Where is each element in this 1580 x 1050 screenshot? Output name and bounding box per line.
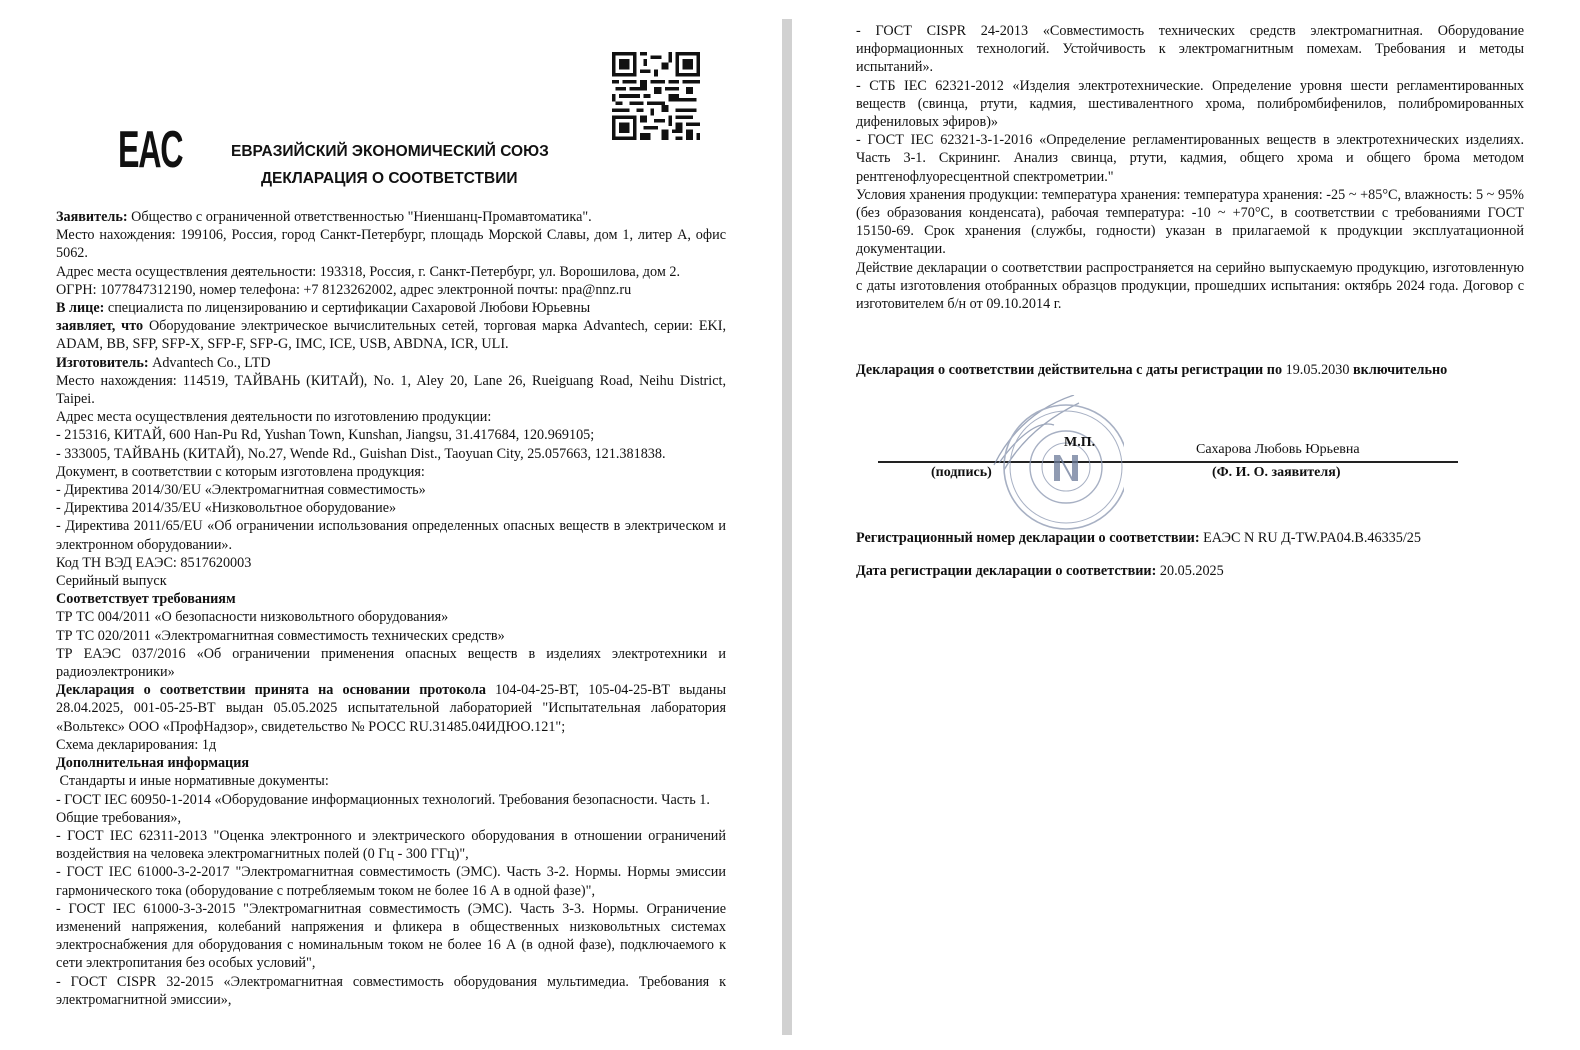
production-address-title: Адрес места осуществления деятельности п…	[56, 408, 726, 426]
documents-title: Документ, в соответствии с которым изгот…	[56, 463, 726, 481]
requirement-item: ТР ЕАЭС 037/2016 «Об ограничении примене…	[56, 645, 726, 681]
qr-code-icon	[612, 52, 700, 140]
standard-item: - ГОСТ IEC 62311-2013 "Оценка электронно…	[56, 827, 726, 863]
page-divider	[782, 19, 792, 1035]
document-item: - Директива 2014/30/EU «Электромагнитная…	[56, 481, 726, 499]
standard-item: - ГОСТ CISPR 32-2015 «Электромагнитная с…	[56, 973, 726, 1009]
production-address: - 215316, КИТАЙ, 600 Han-Pu Rd, Yushan T…	[56, 426, 726, 444]
standard-item: - СТБ IEC 62321-2012 «Изделия электротех…	[856, 77, 1524, 132]
standard-item: - ГОСТ IEC 62321-3-1-2016 «Определение р…	[856, 131, 1524, 186]
signature-line	[878, 461, 1458, 463]
registration-date: Дата регистрации декларации о соответств…	[856, 562, 1524, 580]
declaration-scope: Действие декларации о соответствии распр…	[856, 259, 1524, 314]
additional-info-title: Дополнительная информация	[56, 754, 726, 772]
declaration-page-1: EAC ЕВРАЗИЙСКИЙ ЭКОНОМИЧЕСКИЙ СОЮЗ ДЕКЛА…	[56, 0, 726, 1009]
requirements-title: Соответствует требованиям	[56, 590, 726, 608]
activity-address: Адрес места осуществления деятельности: …	[56, 263, 726, 281]
registration-number: Регистрационный номер декларации о соотв…	[856, 529, 1524, 547]
applicant: Заявитель: Общество с ограниченной ответ…	[56, 208, 726, 226]
storage-conditions: Условия хранения продукции: температура …	[856, 186, 1524, 259]
product-description: заявляет, что Оборудование электрическое…	[56, 317, 726, 353]
standard-item: - ГОСТ IEC 61000-3-2-2017 "Электромагнит…	[56, 863, 726, 899]
declaration-page-2: - ГОСТ CISPR 24-2013 «Совместимость техн…	[856, 22, 1524, 580]
document-title: ДЕКЛАРАЦИЯ О СООТВЕТСТВИИ	[261, 170, 518, 188]
hs-code: Код ТН ВЭД ЕАЭС: 8517620003	[56, 554, 726, 572]
declaration-basis: Декларация о соответствии принята на осн…	[56, 681, 726, 736]
signer-caption: (Ф. И. О. заявителя)	[1212, 465, 1340, 481]
signature-caption: (подпись)	[931, 465, 992, 481]
manufacturer: Изготовитель: Advantech Co., LTD	[56, 354, 726, 372]
applicant-location: Место нахождения: 199106, Россия, город …	[56, 226, 726, 262]
standard-item: - ГОСТ IEC 61000-3-3-2015 "Электромагнит…	[56, 900, 726, 973]
production-address: - 333005, ТАЙВАНЬ (КИТАЙ), No.27, Wende …	[56, 445, 726, 463]
validity-date: 19.05.2030	[1282, 362, 1353, 378]
signer-name: Сахарова Любовь Юрьевна	[1196, 442, 1360, 458]
standard-item: - ГОСТ CISPR 24-2013 «Совместимость техн…	[856, 22, 1524, 77]
stamp-placeholder-label: М.П.	[1064, 435, 1095, 451]
document-item: - Директива 2011/65/EU «Об ограничении и…	[56, 517, 726, 553]
requirement-item: ТР ТС 020/2011 «Электромагнитная совмест…	[56, 627, 726, 645]
signature-block: М.П. (подпись) Сахарова Любовь Юрьевна (…	[856, 385, 1524, 515]
standard-item: - ГОСТ IEC 60950-1-2014 «Оборудование ин…	[56, 791, 726, 827]
eac-logo: EAC	[118, 124, 182, 176]
production-type: Серийный выпуск	[56, 572, 726, 590]
document-item: - Директива 2014/35/EU «Низковольтное об…	[56, 499, 726, 517]
document-header: EAC ЕВРАЗИЙСКИЙ ЭКОНОМИЧЕСКИЙ СОЮЗ ДЕКЛА…	[56, 0, 726, 208]
declaration-scheme: Схема декларирования: 1д	[56, 736, 726, 754]
manufacturer-location: Место нахождения: 114519, ТАЙВАНЬ (КИТАЙ…	[56, 372, 726, 408]
requirement-item: ТР ТС 004/2011 «О безопасности низковоль…	[56, 608, 726, 626]
company-stamp-icon	[984, 395, 1124, 535]
applicant-contacts: ОГРН: 1077847312190, номер телефона: +7 …	[56, 281, 726, 299]
validity-statement: Декларация о соответствии действительна …	[856, 361, 1524, 379]
applicant-person: В лице: специалиста по лицензированию и …	[56, 299, 726, 317]
standards-title: Стандарты и иные нормативные документы:	[56, 772, 726, 790]
union-title: ЕВРАЗИЙСКИЙ ЭКОНОМИЧЕСКИЙ СОЮЗ	[231, 143, 549, 161]
